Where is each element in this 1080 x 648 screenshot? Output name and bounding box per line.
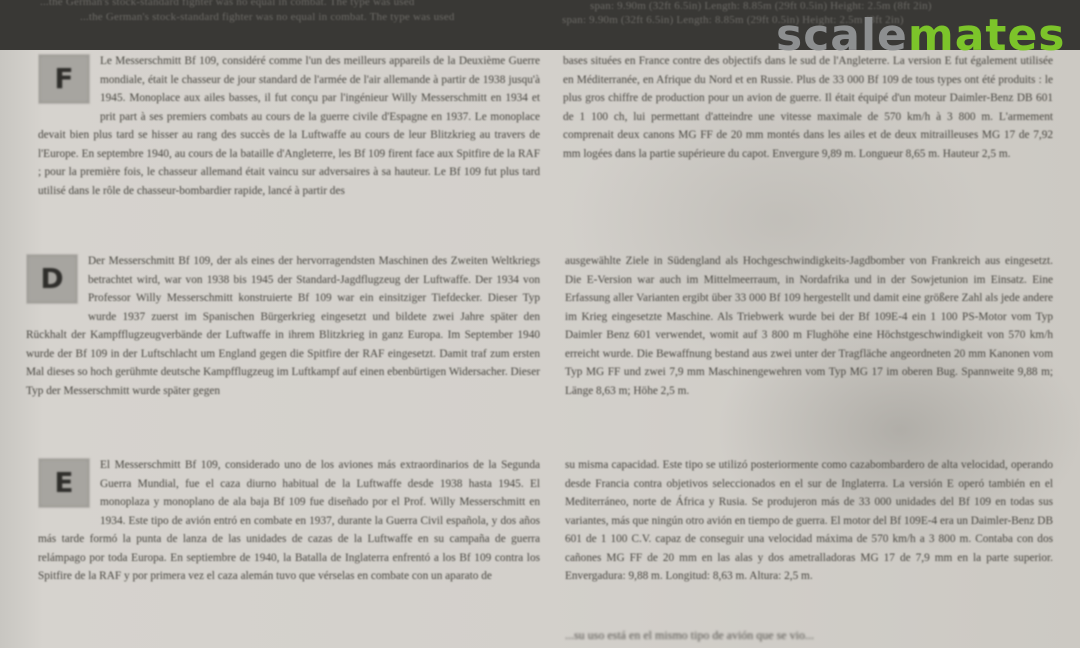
language-letter-e: E [38, 458, 90, 508]
language-letter-f: F [38, 54, 90, 104]
section-german-right: ausgewählte Ziele in Südengland als Hoch… [565, 252, 1053, 432]
document-page: ...the German's stock-standard fighter w… [0, 0, 1080, 648]
spanish-text-right: su misma capacidad. Este tipo se utilizó… [565, 456, 1053, 586]
french-text-right: bases situées en France contre des objec… [563, 52, 1053, 163]
section-german-left: D Der Messerschmitt Bf 109, der als eine… [26, 252, 540, 438]
german-text-right: ausgewählte Ziele in Südengland als Hoch… [565, 252, 1053, 400]
header-text-line: ...the German's stock-standard fighter w… [40, 0, 415, 8]
language-letter-d: D [26, 254, 78, 304]
header-text-line: ...the German's stock-standard fighter w… [80, 11, 455, 23]
next-section-fragment: ...su uso está en el mismo tipo de avión… [565, 628, 814, 643]
german-text-left: Der Messerschmitt Bf 109, der als eines … [26, 252, 540, 400]
spanish-text-left: El Messerschmitt Bf 109, considerado uno… [38, 456, 540, 586]
section-spanish-right: su misma capacidad. Este tipo se utilizó… [565, 456, 1053, 606]
french-text-left: Le Messerschmitt Bf 109, considéré comme… [38, 52, 540, 200]
section-french-right: bases situées en France contre des objec… [563, 52, 1053, 212]
section-french-left: F Le Messerschmitt Bf 109, considéré com… [38, 52, 540, 242]
section-spanish-left: E El Messerschmitt Bf 109, considerado u… [38, 456, 540, 628]
